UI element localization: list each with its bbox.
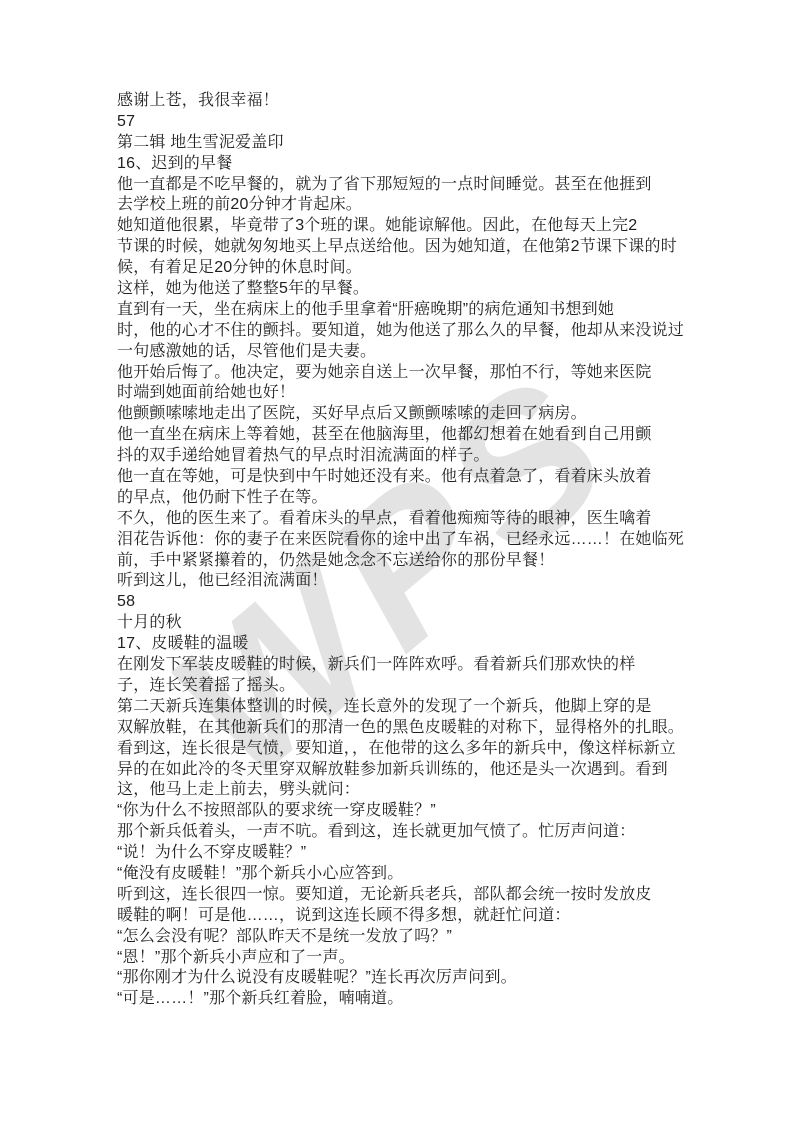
text-line: 第二天新兵连集体整训的时候，连长意外的发现了一个新兵，他脚上穿的是 — [117, 697, 717, 718]
text-line: 的早点，他仍耐下性子在等。 — [117, 488, 717, 509]
text-line: 他一直坐在病床上等着她，甚至在他脑海里，他都幻想着在她看到自己用颤 — [117, 425, 717, 446]
text-line: “那你刚才为什么说没有皮暖鞋呢？”连长再次厉声问到。 — [117, 968, 717, 989]
text-line: 这样，她为他送了整整5年的早餐。 — [117, 279, 717, 300]
text-line: 时端到她面前给她也好！ — [117, 383, 717, 404]
text-line: 他开始后悔了。他决定，要为她亲自送上一次早餐，那怕不行，等她来医院 — [117, 363, 717, 384]
text-line: 直到有一天，坐在病床上的他手里拿着“肝癌晚期”的病危通知书想到她 — [117, 300, 717, 321]
text-line: 去学校上班的前20分钟才肯起床。 — [117, 195, 717, 216]
text-line: 双解放鞋，在其他新兵们的那清一色的黑色皮暖鞋的对称下，显得格外的扎眼。 — [117, 718, 717, 739]
text-line: 节课的时候，她就匆匆地买上早点送给他。因为她知道，在他第2节课下课的时 — [117, 237, 717, 258]
text-line: 暖鞋的啊！可是他……，说到这连长顾不得多想，就赶忙问道： — [117, 906, 717, 927]
text-line: 58 — [117, 592, 717, 613]
document-text-content: 感谢上苍，我很幸福！57第二辑 地生雪泥爱盖印16、迟到的早餐他一直都是不吃早餐… — [117, 91, 717, 1010]
text-line: 感谢上苍，我很幸福！ — [117, 91, 717, 112]
text-line: 听到这儿，他已经泪流满面！ — [117, 571, 717, 592]
text-line: 她知道他很累，毕竟带了3个班的课。她能谅解他。因此，在他每天上完2 — [117, 216, 717, 237]
text-line: 他一直都是不吃早餐的，就为了省下那短短的一点时间睡觉。甚至在他捱到 — [117, 175, 717, 196]
text-line: “怎么会没有呢？部队昨天不是统一发放了吗？” — [117, 927, 717, 948]
text-line: 前，手中紧紧攥着的，仍然是她念念不忘送给你的那份早餐！ — [117, 551, 717, 572]
text-line: 57 — [117, 112, 717, 133]
text-line: 他一直在等她，可是快到中午时她还没有来。他有点着急了，看着床头放着 — [117, 467, 717, 488]
text-line: 第二辑 地生雪泥爱盖印 — [117, 133, 717, 154]
text-line: 听到这，连长很四一惊。要知道，无论新兵老兵，部队都会统一按时发放皮 — [117, 885, 717, 906]
text-line: 十月的秋 — [117, 613, 717, 634]
text-line: 子，连长笑着摇了摇头。 — [117, 676, 717, 697]
text-line: 候，有着足足20分钟的休息时间。 — [117, 258, 717, 279]
text-line: 16、迟到的早餐 — [117, 154, 717, 175]
text-line: “可是……！”那个新兵红着脸，喃喃道。 — [117, 989, 717, 1010]
text-line: 这，他马上走上前去，劈头就问： — [117, 780, 717, 801]
text-line: 17、皮暖鞋的温暖 — [117, 634, 717, 655]
text-line: 他颤颤嗦嗦地走出了医院，买好早点后又颤颤嗦嗦的走回了病房。 — [117, 404, 717, 425]
text-line: 那个新兵低着头，一声不吭。看到这，连长就更加气愤了。忙厉声问道： — [117, 822, 717, 843]
text-line: “你为什么不按照部队的要求统一穿皮暖鞋？” — [117, 801, 717, 822]
text-line: “恩！”那个新兵小声应和了一声。 — [117, 948, 717, 969]
document-page: WPS 感谢上苍，我很幸福！57第二辑 地生雪泥爱盖印16、迟到的早餐他一直都是… — [0, 0, 793, 1122]
text-line: “说！为什么不穿皮暖鞋？” — [117, 843, 717, 864]
text-line: 不久，他的医生来了。看着床头的早点，看着他痴痴等待的眼神，医生噙着 — [117, 509, 717, 530]
text-line: 异的在如此冷的冬天里穿双解放鞋参加新兵训练的，他还是头一次遇到。看到 — [117, 760, 717, 781]
text-line: 泪花告诉他：你的妻子在来医院看你的途中出了车祸，已经永远……！在她临死 — [117, 530, 717, 551]
text-line: 时，他的心才不住的颤抖。要知道，她为他送了那么久的早餐，他却从来没说过 — [117, 321, 717, 342]
text-line: 在刚发下军装皮暖鞋的时候，新兵们一阵阵欢呼。看着新兵们那欢快的样 — [117, 655, 717, 676]
text-line: 看到这，连长很是气愤，要知道，，在他带的这么多年的新兵中，像这样标新立 — [117, 739, 717, 760]
text-line: 一句感激她的话，尽管他们是夫妻。 — [117, 342, 717, 363]
text-line: 抖的双手递给她冒着热气的早点时泪流满面的样子。 — [117, 446, 717, 467]
text-line: “俺没有皮暖鞋！”那个新兵小心应答到。 — [117, 864, 717, 885]
